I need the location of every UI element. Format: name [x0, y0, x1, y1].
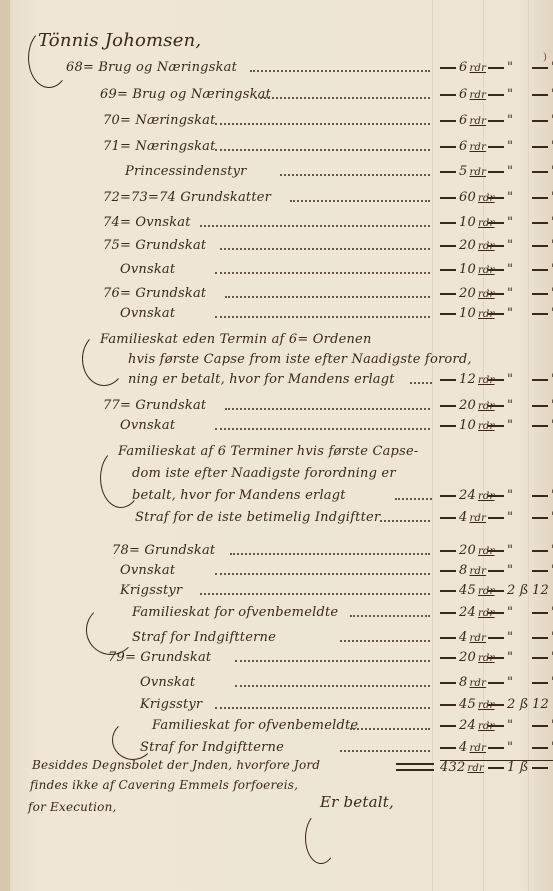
ledger-row: Krigsstyr 45rdr 2 ß 12 [0, 697, 553, 719]
bracket-flourish [82, 332, 126, 386]
paragraph-line: Familieskat eden Termin af 6= Ordenen [100, 332, 372, 347]
ledger-row: Ovnskat 8rdr " " [0, 563, 553, 585]
ledger-row: Ovnskat 10rdr " " [0, 306, 553, 328]
ledger-row: betalt, hvor for Mandens erlagt 24rdr " … [0, 488, 553, 510]
paragraph-line: Familieskat af 6 Terminer hvis første Ca… [118, 444, 418, 459]
bracket-flourish [86, 605, 136, 655]
ledger-row: 77= Grundskat 20rdr " " [0, 398, 553, 420]
ledger-row: 69= Brug og Næringskat 6rdr " " [0, 87, 553, 109]
ledger-row: ning er betalt, hvor for Mandens erlagt … [0, 372, 553, 394]
ledger-row: 72=73=74 Grundskatter 60rdr " " [0, 190, 553, 212]
ledger-row: Ovnskat 8rdr " " [0, 675, 553, 697]
bracket-flourish [100, 448, 142, 508]
ledger-row: 76= Grundskat 20rdr " " [0, 286, 553, 308]
signature: Er betalt, [320, 793, 394, 811]
ledger-row: Princessindenstyr 5rdr " " [0, 164, 553, 186]
ledger-row: Ovnskat 10rdr " " [0, 262, 553, 284]
ledger-row: Ovnskat 10rdr " " [0, 418, 553, 440]
ledger-row: 75= Grundskat 20rdr " " [0, 238, 553, 260]
ledger-page: ) Tönnis Johomsen, 68= Brug og Næringska… [0, 0, 553, 891]
ledger-row: 79= Grundskat 20rdr " " [0, 650, 553, 672]
ledger-row: Familieskat for ofvenbemeldte 24rdr " " [0, 718, 553, 740]
footer-note-line: for Execution, [28, 800, 117, 814]
bracket-flourish [112, 720, 154, 760]
ledger-row: 71= Næringskat 6rdr " " [0, 139, 553, 161]
ledger-row: 74= Ovnskat 10rdr " " [0, 215, 553, 237]
footer-note-line: findes ikke af Cavering Emmels forfoerei… [30, 778, 298, 792]
ledger-row: Krigsstyr 45rdr 2 ß 12 [0, 583, 553, 605]
ledger-row: Straf for Indgiftterne 4rdr " " [0, 630, 553, 652]
ledger-row: Familieskat for ofvenbemeldte 24rdr " " [0, 605, 553, 627]
paragraph-line: dom iste efter Naadigste forordning er [132, 466, 396, 481]
footer-note-line: Besiddes Degnsbolet der Jnden, hvorfore … [32, 758, 320, 772]
ledger-row: 68= Brug og Næringskat 6rdr " " [0, 60, 553, 82]
paragraph-line: hvis første Capse from iste efter Naadig… [128, 352, 472, 367]
ledger-row: 78= Grundskat 20rdr " " [0, 543, 553, 565]
ledger-row: 70= Næringskat 6rdr " " [0, 113, 553, 135]
ledger-row: Straf for de iste betimelig Indgiftter 4… [0, 510, 553, 532]
signature-flourish [305, 812, 337, 864]
